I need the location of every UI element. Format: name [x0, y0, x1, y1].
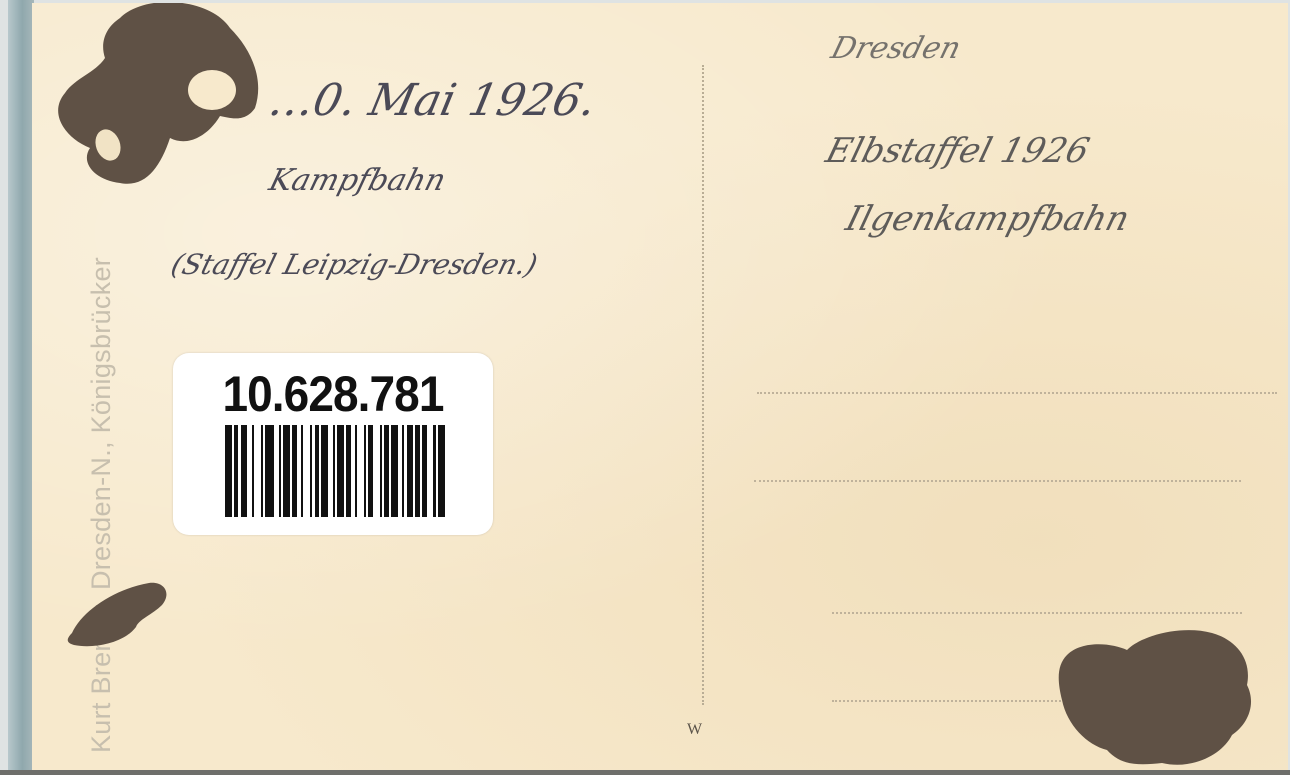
inventory-number: 10.628.781	[186, 365, 480, 423]
address-line	[832, 612, 1242, 614]
handwritten-date: …0. Mai 1926.	[265, 75, 601, 126]
barcode-space	[303, 425, 310, 517]
scan-edge	[8, 0, 34, 770]
barcode-bar	[225, 425, 232, 517]
publisher-imprint: Kurt Bremer, Dresden-N., Königsbrücker	[86, 257, 117, 753]
postcard-back: Kurt Bremer, Dresden-N., Königsbrücker ……	[32, 3, 1288, 770]
dotted-divider	[702, 65, 704, 705]
address-line	[757, 392, 1277, 394]
handwritten-stadium: Ilgenkampfbahn	[842, 199, 1134, 239]
handwritten-relay-note: (Staffel Leipzig-Dresden.)	[168, 248, 541, 281]
stain-bottom-right	[1052, 625, 1262, 770]
barcode-bar	[438, 425, 445, 517]
handwritten-venue: Kampfbahn	[265, 163, 449, 198]
barcode-space	[427, 425, 434, 517]
stain-bottom-left	[64, 581, 174, 651]
barcode-space	[254, 425, 261, 517]
barcode	[225, 425, 445, 517]
barcode-bar	[265, 425, 274, 517]
address-line	[832, 700, 1072, 702]
barcode-bar	[337, 425, 344, 517]
barcode-bar	[321, 425, 328, 517]
barcode-bar	[391, 425, 398, 517]
barcode-bar	[407, 425, 414, 517]
barcode-space	[373, 425, 380, 517]
barcode-bar	[283, 425, 290, 517]
barcode-space	[357, 425, 364, 517]
barcode-bar	[241, 425, 248, 517]
inventory-label: 10.628.781	[173, 353, 493, 535]
address-line	[754, 480, 1241, 482]
handwritten-event: Elbstaffel 1926	[822, 131, 1094, 171]
handwritten-city: Dresden	[827, 31, 964, 66]
printer-mark: W	[687, 721, 702, 739]
stain-top-left	[50, 3, 280, 198]
